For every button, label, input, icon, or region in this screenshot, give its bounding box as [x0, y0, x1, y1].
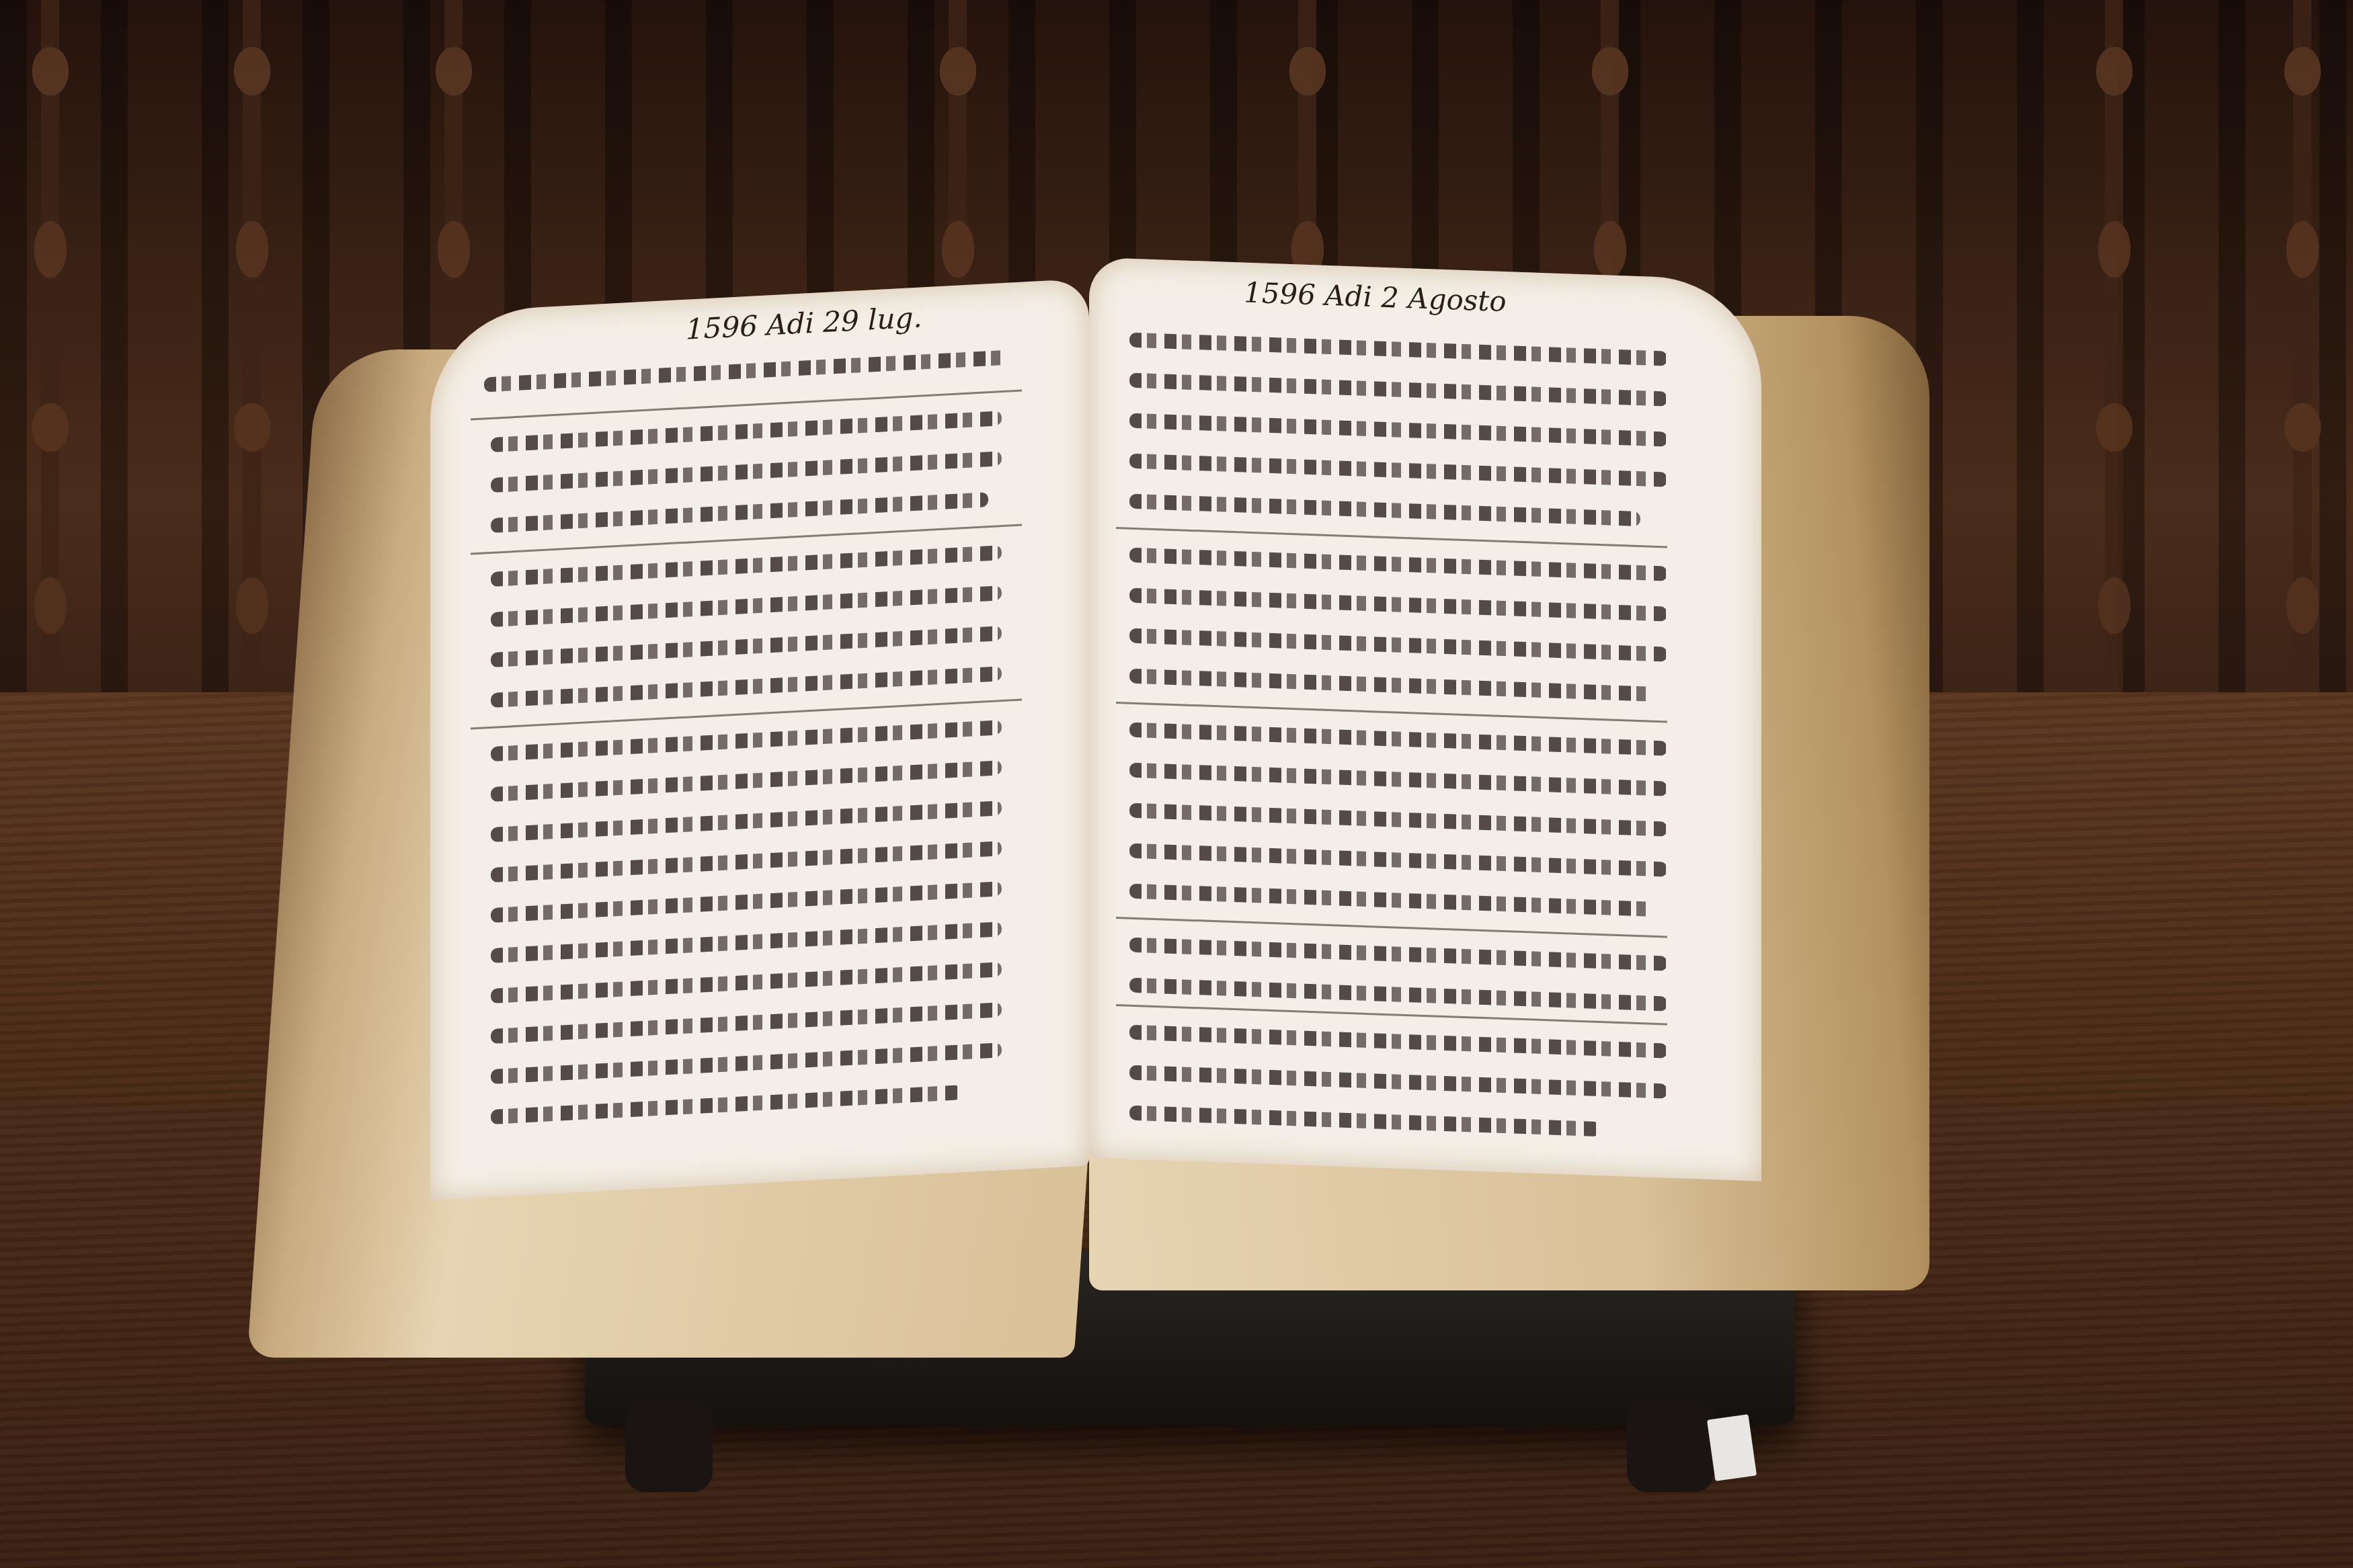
handwriting-line	[491, 1085, 961, 1124]
handwriting-line	[491, 626, 1002, 667]
entry-divider	[1116, 527, 1667, 548]
handwriting-line	[1129, 884, 1654, 917]
handwriting-line	[491, 800, 1002, 842]
handwriting-line	[1129, 1106, 1600, 1137]
handwriting-line	[1129, 978, 1667, 1012]
handwriting-line	[1129, 373, 1667, 407]
right-page-header: 1596 Adi 2 Agosto	[1244, 276, 1507, 319]
baluster	[20, 0, 81, 712]
left-page: 1596 Adi 29 lug.	[430, 278, 1089, 1200]
handwriting-line	[491, 411, 1002, 452]
paper-tag	[1707, 1414, 1757, 1481]
left-page-header: 1596 Adi 29 lug.	[686, 300, 922, 345]
baluster	[2272, 0, 2333, 712]
handwriting-line	[1129, 588, 1667, 622]
handwriting-line	[1129, 413, 1667, 447]
stand-foot	[1627, 1398, 1714, 1492]
handwriting-line	[1129, 628, 1667, 662]
handwriting-line	[491, 921, 1002, 963]
handwriting-line	[1129, 1025, 1667, 1059]
handwriting-line	[491, 962, 1002, 1003]
handwriting-line	[491, 585, 1002, 627]
handwriting-line	[491, 492, 988, 533]
handwriting-line	[1129, 938, 1667, 971]
handwriting-line	[1129, 548, 1667, 581]
handwriting-line	[491, 881, 1002, 923]
handwriting-line	[1129, 494, 1640, 527]
handwriting-line	[1129, 454, 1667, 487]
entry-divider	[1116, 917, 1667, 938]
handwriting-line	[491, 1042, 1002, 1084]
handwriting-line	[1129, 803, 1667, 837]
handwriting-line	[491, 841, 1002, 882]
handwriting-line	[1129, 333, 1667, 366]
right-page: 1596 Adi 2 Agosto	[1089, 257, 1761, 1182]
handwriting-line	[484, 350, 1008, 393]
handwriting-line	[491, 545, 1002, 587]
handwriting-line	[1129, 669, 1654, 702]
entry-divider	[1116, 702, 1667, 723]
handwriting-line	[491, 760, 1002, 802]
handwriting-line	[491, 666, 1002, 708]
handwriting-line	[491, 451, 1002, 493]
handwriting-line	[1129, 763, 1667, 796]
handwriting-line	[491, 720, 1002, 761]
handwriting-line	[1129, 843, 1667, 877]
handwriting-line	[491, 1002, 1002, 1044]
baluster	[2084, 0, 2145, 712]
handwriting-line	[1129, 1065, 1667, 1099]
baluster	[222, 0, 282, 712]
handwriting-line	[1129, 723, 1667, 756]
stand-foot	[625, 1398, 713, 1492]
